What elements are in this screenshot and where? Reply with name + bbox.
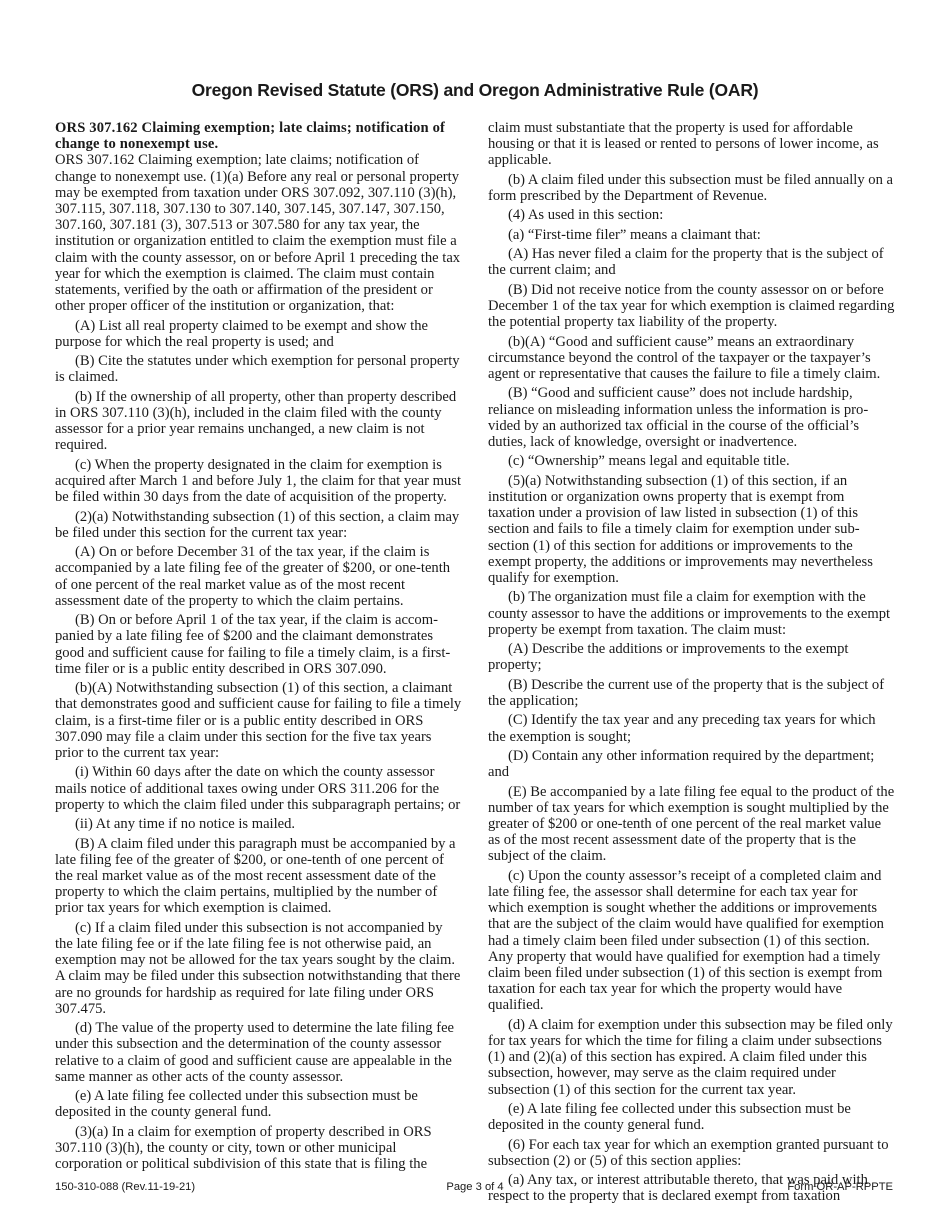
paragraph: (5)(a) Notwithstanding subsection (1) of… [488,473,895,586]
paragraph: (ii) At any time if no notice is mailed. [55,816,462,832]
paragraph: (b) The organization must file a claim f… [488,589,895,638]
paragraph: (d) The value of the property used to de… [55,1020,462,1085]
paragraph: (b)(A) “Good and sufficient cause” means… [488,334,895,383]
paragraph: (C) Identify the tax year and any preced… [488,712,895,744]
page-title: Oregon Revised Statute (ORS) and Oregon … [0,80,950,101]
paragraph: (c) “Ownership” means legal and equitabl… [488,453,895,469]
paragraph: (B) Cite the statutes under which exempt… [55,353,462,385]
paragraph: (e) A late filing fee collected under th… [488,1101,895,1133]
paragraph: (c) Upon the county assessor’s receipt o… [488,868,895,1014]
paragraph: (B) On or before April 1 of the tax year… [55,612,462,677]
paragraph: (6) For each tax year for which an exemp… [488,1137,895,1169]
paragraph: (e) A late filing fee collected under th… [55,1088,462,1120]
paragraph: (A) On or before December 31 of the tax … [55,544,462,609]
paragraph: (c) If a claim filed under this subsecti… [55,920,462,1017]
right-column: claim must substantiate that the propert… [488,120,895,1208]
paragraph: (b) A claim filed under this subsection … [488,172,895,204]
paragraph: (A) Has never filed a claim for the prop… [488,246,895,278]
paragraph: (a) “First-time filer” means a claimant … [488,227,895,243]
section-heading: ORS 307.162 Claiming exemption; late cla… [55,120,462,152]
paragraph: (b) If the ownership of all property, ot… [55,389,462,454]
paragraph: (2)(a) Notwithstanding subsection (1) of… [55,509,462,541]
paragraph: (c) When the property designated in the … [55,457,462,506]
paragraph: ORS 307.162 Claiming exemption; late cla… [55,152,462,314]
form-name: Form OR-AP-RPPTE [787,1181,893,1193]
paragraph: (i) Within 60 days after the date on whi… [55,764,462,813]
paragraph: (A) List all real property claimed to be… [55,318,462,350]
paragraph: (E) Be accompanied by a late filing fee … [488,784,895,865]
paragraph: (B) A claim filed under this paragraph m… [55,836,462,917]
paragraph: (3)(a) In a claim for exemption of prope… [55,1124,462,1173]
paragraph: (B) Describe the current use of the prop… [488,677,895,709]
paragraph: (B) Did not receive notice from the coun… [488,282,895,331]
paragraph: (d) A claim for exemption under this sub… [488,1017,895,1098]
paragraph: (4) As used in this section: [488,207,895,223]
paragraph: (D) Contain any other information requir… [488,748,895,780]
paragraph: (B) “Good and sufficient cause” does not… [488,385,895,450]
paragraph: (b)(A) Notwithstanding subsection (1) of… [55,680,462,761]
left-column: ORS 307.162 Claiming exemption; late cla… [55,120,462,1176]
paragraph: claim must substantiate that the propert… [488,120,895,169]
paragraph: (A) Describe the additions or improvemen… [488,641,895,673]
